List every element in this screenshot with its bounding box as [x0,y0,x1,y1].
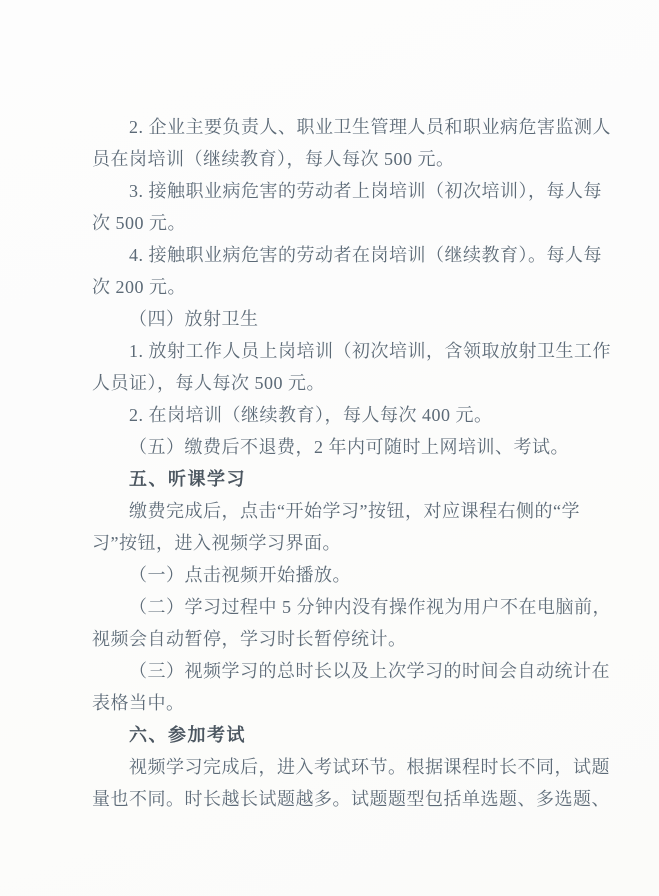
text-line: 量也不同。时长越长试题越多。试题题型包括单选题、多选题、 [92,783,612,815]
text-line: 员在岗培训（继续教育），每人每次 500 元。 [92,143,612,175]
text-line: 2. 在岗培训（继续教育），每人每次 400 元。 [92,399,612,431]
text-line: （二）学习过程中 5 分钟内没有操作视为用户不在电脑前， [92,591,612,623]
document-page: 2. 企业主要负责人、职业卫生管理人员和职业病危害监测人员在岗培训（继续教育），… [0,0,659,896]
document-text: 2. 企业主要负责人、职业卫生管理人员和职业病危害监测人员在岗培训（继续教育），… [92,111,612,815]
text-line: （五）缴费后不退费，2 年内可随时上网培训、考试。 [92,431,612,463]
text-line: 视频会自动暂停，学习时长暂停统计。 [92,623,612,655]
text-line: （一）点击视频开始播放。 [92,559,612,591]
text-line: 1. 放射工作人员上岗培训（初次培训，含领取放射卫生工作 [92,335,612,367]
text-line: 2. 企业主要负责人、职业卫生管理人员和职业病危害监测人 [92,111,612,143]
text-line: 视频学习完成后，进入考试环节。根据课程时长不同，试题 [92,751,612,783]
text-line: （三）视频学习的总时长以及上次学习的时间会自动统计在 [92,655,612,687]
section-heading: 五、听课学习 [92,463,612,495]
text-line: 3. 接触职业病危害的劳动者上岗培训（初次培训），每人每 [92,175,612,207]
text-line: 习”按钮，进入视频学习界面。 [92,527,612,559]
text-line: 4. 接触职业病危害的劳动者在岗培训（继续教育）。每人每 [92,239,612,271]
section-heading: 六、参加考试 [92,719,612,751]
text-line: 人员证），每人每次 500 元。 [92,367,612,399]
text-line: 表格当中。 [92,687,612,719]
text-line: 次 500 元。 [92,207,612,239]
text-line: （四）放射卫生 [92,303,612,335]
text-line: 缴费完成后，点击“开始学习”按钮，对应课程右侧的“学 [92,495,612,527]
text-line: 次 200 元。 [92,271,612,303]
